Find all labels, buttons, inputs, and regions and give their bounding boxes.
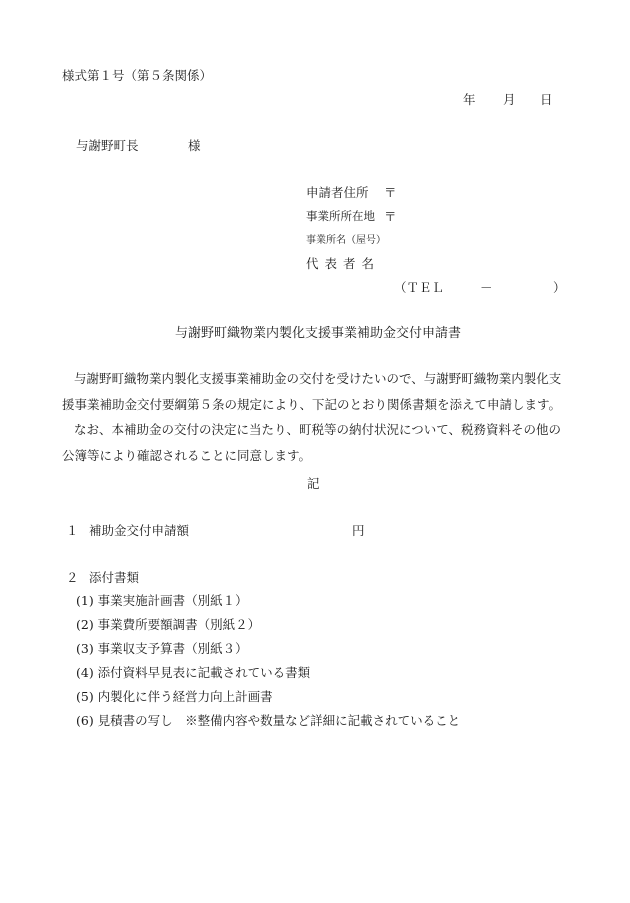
section1-label: 補助金交付申請額 [89,525,189,538]
body-line-1: 与謝野町織物業内製化支援事業補助金の交付を受けたいので、与謝野町織物業内製化支 [74,373,584,386]
date-year-label: 年 [463,94,476,107]
list-item: (1) 事業実施計画書（別紙１） [76,595,248,608]
list-item: (3) 事業収支予算書（別紙３） [76,643,248,656]
tel-dash: － [480,282,493,295]
body-line-3: なお、本補助金の交付の決定に当たり、町税等の納付状況について、税務資料その他の [74,424,584,437]
list-item: (2) 事業費所要額調書（別紙２） [76,619,260,632]
date-month-label: 月 [503,94,516,107]
section2-label: 添付書類 [89,572,139,585]
tel-close: ） [553,282,566,295]
date-day-label: 日 [540,94,553,107]
body-line-2: 援事業補助金交付要綱第５条の規定により、下記のとおり関係書類を添えて申請します。 [62,399,572,412]
document-title: 与謝野町織物業内製化支援事業補助金交付申請書 [175,327,461,340]
list-item: (4) 添付資料早見表に記載されている書類 [76,667,310,680]
postal-mark-icon: 〒 [384,211,397,224]
list-item: (6) 見積書の写し ※整備内容や数量など詳細に記載されていること [76,715,460,728]
postal-mark-icon: 〒 [384,187,397,200]
addressee-name: 与謝野町長 [76,140,139,153]
body-line-4: 公簿等により確認されることに同意します。 [62,450,572,463]
section1-unit: 円 [352,525,365,538]
office-name-label: 事業所名（屋号） [306,236,386,246]
ki-heading: 記 [307,478,320,491]
addressee-honorific: 様 [188,140,201,153]
form-number: 様式第１号（第５条関係） [62,70,212,83]
office-location-label: 事業所所在地 [306,211,375,223]
representative-label: 代表者名 [306,258,380,271]
section1-number: １ [66,525,79,538]
tel-open: （ＴＥＬ [394,282,444,295]
section2-number: ２ [66,572,79,585]
applicant-address-label: 申請者住所 [306,187,369,200]
list-item: (5) 内製化に伴う経営力向上計画書 [76,691,273,704]
